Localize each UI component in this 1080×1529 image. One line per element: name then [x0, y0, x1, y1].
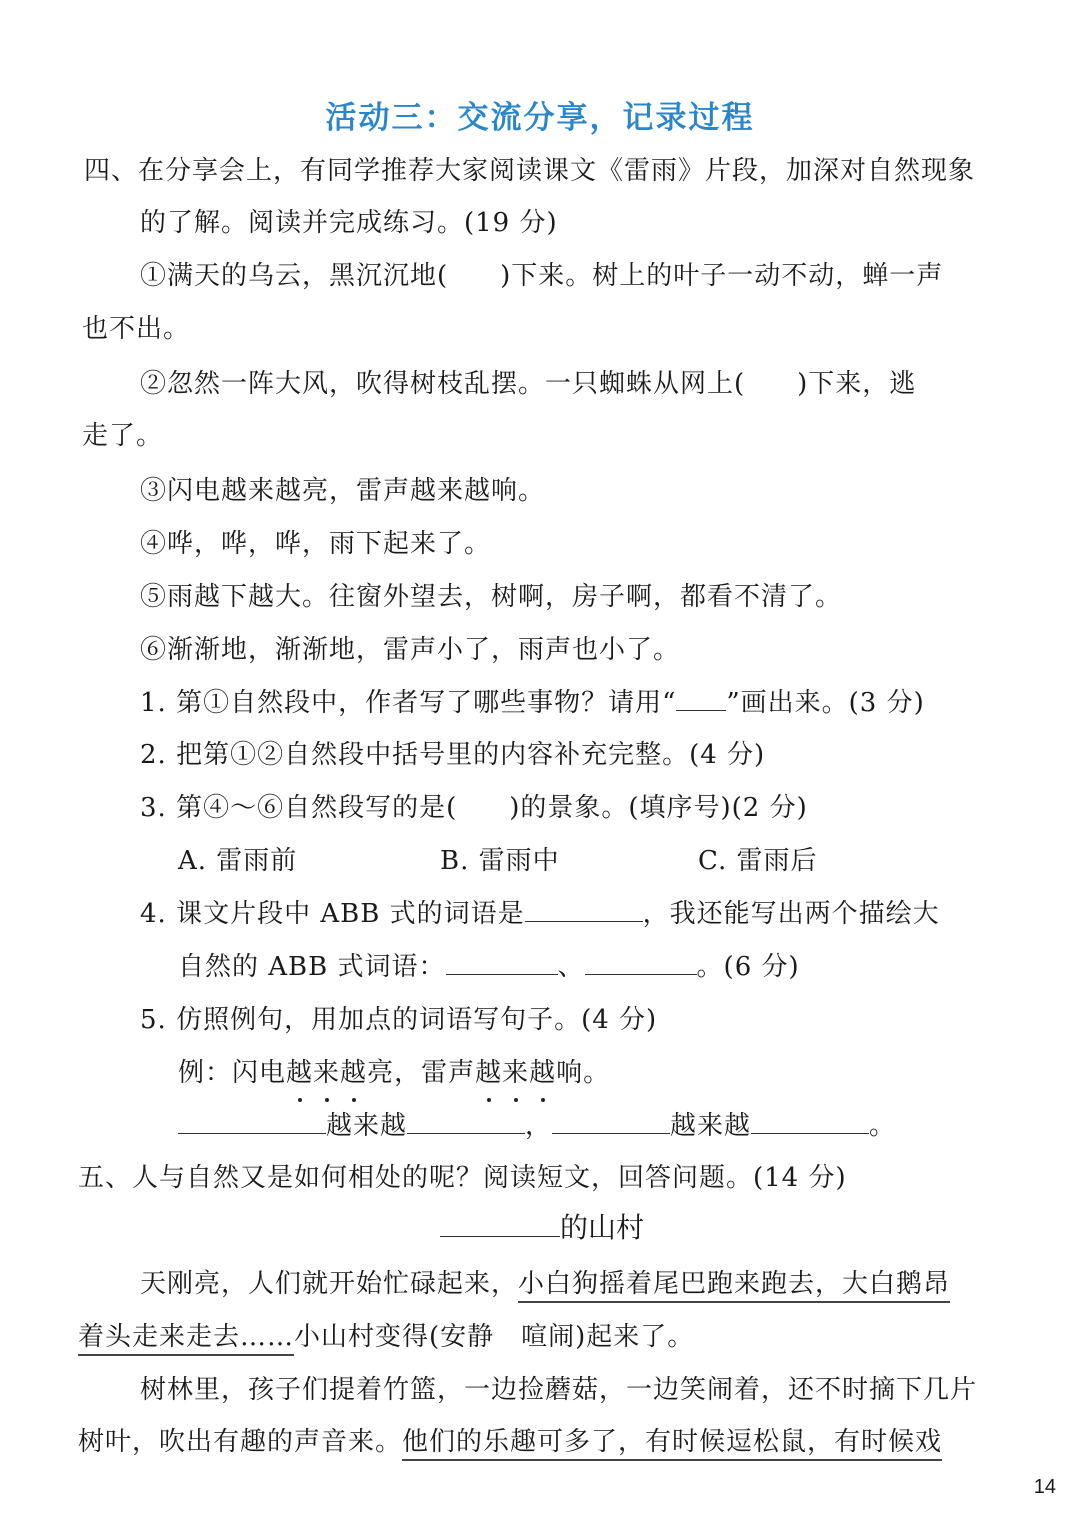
- emphasis-dot-char: 来: [313, 1056, 340, 1090]
- question-3-option-b[interactable]: B. 雷雨中: [440, 844, 560, 878]
- section4-heading-line1: 四、在分享会上，有同学推荐大家阅读课文《雷雨》片段，加深对自然现象: [84, 154, 975, 188]
- passage-paragraph-1: ①满天的乌云，黑沉沉地()下来。树上的叶子一动不动，蝉一声: [140, 259, 943, 293]
- question-4: 4. 课文片段中 ABB 式的词语是，我还能写出两个描绘大: [140, 897, 940, 931]
- passage-paragraph-2-cont: 走了。: [82, 419, 163, 453]
- answer-blank-q5-2[interactable]: [407, 1109, 525, 1134]
- activity-title: 活动三：交流分享，记录过程: [0, 98, 1080, 138]
- story-paragraph-1-cont: 着头走来走去……小山村变得(安静 喧闹)起来了。: [78, 1320, 694, 1354]
- underlined-sentence: 着头走来走去……: [78, 1322, 294, 1356]
- underlined-sentence: 小白狗摇着尾巴跑来跑去，大白鹅昂: [518, 1269, 950, 1303]
- emphasis-dot-char: 越: [529, 1056, 556, 1090]
- section5-heading: 五、人与自然又是如何相处的呢？阅读短文，回答问题。(14 分): [78, 1161, 847, 1195]
- question-5-answer-template: 越来越，越来越。: [178, 1109, 896, 1143]
- question-1: 1. 第①自然段中，作者写了哪些事物？请用“”画出来。(3 分): [140, 686, 925, 720]
- question-3-option-c[interactable]: C. 雷雨后: [698, 844, 818, 878]
- question-5: 5. 仿照例句，用加点的词语写句子。(4 分): [140, 1003, 657, 1037]
- emphasis-dot-char: 越: [475, 1056, 502, 1090]
- question-2: 2. 把第①②自然段中括号里的内容补充完整。(4 分): [140, 738, 765, 772]
- answer-blank-q4-1[interactable]: [525, 897, 643, 922]
- story-paragraph-2: 树林里，孩子们提着竹篮，一边捡蘑菇，一边笑闹着，还不时摘下几片: [140, 1373, 977, 1407]
- emphasis-dot-char: 来: [502, 1056, 529, 1090]
- question-5-example: 例：闪电越来越亮，雷声越来越响。: [178, 1056, 610, 1090]
- question-3-option-a[interactable]: A. 雷雨前: [178, 844, 297, 878]
- answer-blank-q5-3[interactable]: [552, 1109, 670, 1134]
- question-4-cont: 自然的 ABB 式词语：、。(6 分): [178, 950, 800, 984]
- story-title: 的山村: [440, 1210, 644, 1246]
- underlined-sentence: 他们的乐趣可多了，有时候逗松鼠，有时候戏: [402, 1427, 942, 1461]
- passage-paragraph-1-cont: 也不出。: [82, 312, 190, 346]
- story-title-blank[interactable]: [440, 1212, 560, 1237]
- page-number: 14: [1034, 1476, 1056, 1499]
- question-3: 3. 第④～⑥自然段写的是()的景象。(填序号)(2 分): [140, 791, 808, 825]
- passage-paragraph-6: ⑥渐渐地，渐渐地，雷声小了，雨声也小了。: [140, 633, 680, 667]
- passage-paragraph-2: ②忽然一阵大风，吹得树枝乱摆。一只蜘蛛从网上()下来，逃: [140, 367, 916, 401]
- story-paragraph-2-cont: 树叶，吹出有趣的声音来。他们的乐趣可多了，有时候逗松鼠，有时候戏: [78, 1425, 942, 1459]
- passage-paragraph-3: ③闪电越来越亮，雷声越来越响。: [140, 474, 545, 508]
- underline-sample: [676, 686, 726, 711]
- passage-paragraph-5: ⑤雨越下越大。往窗外望去，树啊，房子啊，都看不清了。: [140, 580, 842, 614]
- answer-blank-q5-4[interactable]: [751, 1109, 869, 1134]
- story-paragraph-1: 天刚亮，人们就开始忙碌起来，小白狗摇着尾巴跑来跑去，大白鹅昂: [140, 1267, 950, 1301]
- answer-blank-q4-3[interactable]: [585, 950, 697, 975]
- answer-blank-q4-2[interactable]: [446, 950, 558, 975]
- emphasis-dot-char: 越: [340, 1056, 367, 1090]
- answer-blank-q5-1[interactable]: [178, 1109, 326, 1134]
- section4-heading-line2: 的了解。阅读并完成练习。(19 分): [140, 206, 558, 240]
- emphasis-dot-char: 越: [286, 1056, 313, 1090]
- passage-paragraph-4: ④哗，哗，哗，雨下起来了。: [140, 527, 491, 561]
